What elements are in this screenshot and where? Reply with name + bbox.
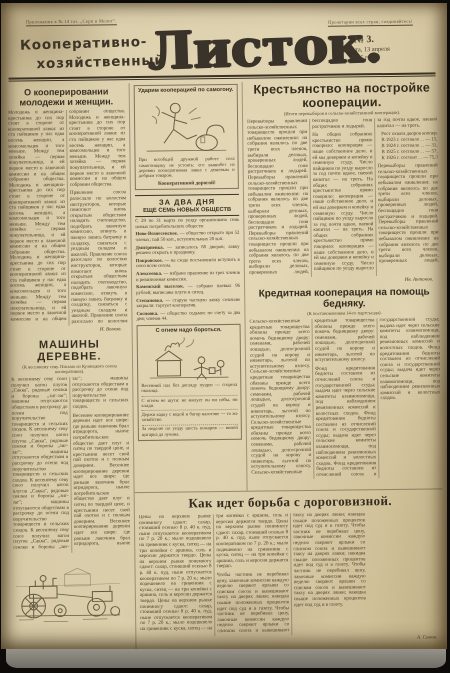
- cartoon-samogon-caption-top: Ударим кооперацией по самогону.: [138, 87, 234, 94]
- article-coop-youth-title: О кооперировании молодежи и женщин.: [8, 86, 125, 107]
- brand-line1: Кооперативно-: [20, 33, 165, 53]
- cartoon-samogon-box: Ударим кооперацией по самогону.: [134, 84, 239, 191]
- article-machines-title: МАШИНЫ ДЕРЕВНЕ.: [11, 338, 128, 363]
- news-item: Каменский выселок. — собрано паевых 96 р…: [136, 284, 240, 296]
- article-prices-signature: А. Сомов.: [140, 635, 437, 644]
- fire-line: Весенний пал без догляду пущен — сгорела…: [141, 381, 237, 394]
- article-prices-title: Как идет борьба с дороговизной.: [139, 492, 442, 512]
- article-peasantry-signature: Ив. Антонов.: [249, 277, 433, 284]
- article-coop-youth-signature: И. Волков.: [11, 327, 122, 333]
- cartoon-fire-title: С огнем надо бороться.: [141, 327, 237, 334]
- brand-subtitle: Кооперативно- хозяйственный: [20, 33, 165, 72]
- newspaper-scan: Приложение к № 14 газ. „Серп и Молот". П…: [0, 0, 450, 673]
- peasantry-stats-table: Рост охвата дворов кооперацией: В 1923 г…: [381, 132, 433, 163]
- two-days-line1: ЗА ДВА ДНЯ: [135, 197, 239, 207]
- article-peasantry-title: Крестьянство на постройке кооперации.: [247, 80, 437, 110]
- two-days-lead: С 29 по 31 марта по уезду организовано с…: [135, 218, 239, 230]
- article-peasantry-subtitle: (Итоги перевыборов в сельско-хозяйственн…: [247, 109, 437, 116]
- imprint-left: Приложение к № 14 газ. „Серп и Молот".: [26, 18, 117, 26]
- article-two-days-title: ЗА ДВА ДНЯ ЕЩЕ СЕМЬ НОВЫХ ОБЩЕСТВ: [135, 194, 239, 217]
- news-item: Сосновка. — общество седьмое по счету за…: [136, 311, 240, 323]
- cartoon-samogon-caption: При всеобщей дружной работе села самогон…: [139, 157, 235, 179]
- cartoon-fire-box: С огнем надо бороться.: [137, 324, 242, 441]
- article-prices: Как идет борьба с дороговизной. Цены на …: [135, 488, 445, 644]
- page-body: О кооперировании молодежи и женщин. Моло…: [7, 79, 445, 649]
- news-item: Покровское. — на сходе постановили вступ…: [136, 258, 240, 270]
- news-item: Алексеевка. — избрано правление из трех …: [136, 271, 240, 283]
- page-content: Приложение к № 14 газ. „Серп и Молот". П…: [1, 3, 447, 649]
- fire-cartoon-drawing: [145, 334, 234, 381]
- column-middle: Ударим кооперацией по самогону.: [130, 82, 248, 492]
- samogon-cartoon-drawing: [142, 94, 231, 157]
- brand-line2: хозяйственный: [36, 52, 165, 72]
- cartoon-samogon-slogan: Кооперативной дорогой!: [139, 180, 235, 187]
- cartoon-fire-lines: Весенний пал без догляду пущен — сгорела…: [141, 381, 238, 437]
- news-item: Степановка. — старую частную лавку сельч…: [136, 298, 240, 310]
- article-machines-body: К весеннему севу союз получил вагон плуг…: [11, 376, 130, 553]
- masthead: Приложение к № 14 газ. „Серп и Молот". П…: [6, 7, 438, 76]
- top-region: Ударим кооперацией по самогону.: [130, 79, 443, 492]
- stats-row: К 1926 г. состоит . . — 75,3%: [382, 156, 434, 163]
- newspaper-page: Приложение к № 14 газ. „Серп и Молот". П…: [1, 3, 447, 649]
- article-coop-youth-body: Молодежь и женщина-крестьянка до сих пор…: [8, 109, 128, 326]
- fire-line: За неделю по уезду шесть пожаров — виной…: [142, 424, 238, 438]
- news-item: Дмитриевка. — записалось 88 дворов; лавк…: [136, 244, 240, 256]
- article-credit-subtitle: (К постановлениям 14-го партсъезда).: [249, 309, 439, 316]
- column-right: Крестьянство на постройке кооперации. (И…: [243, 79, 443, 490]
- article-peasantry-body: Перевыборы правлений сельско-хозяйственн…: [247, 117, 439, 277]
- article-credit-body: Сельско-хозяйственные кредитные товарище…: [250, 317, 442, 479]
- fire-line: Держи кадку с водой и багор наготове — т…: [142, 409, 238, 423]
- news-item: Ново-Вознесенское. — общество открыто пр…: [135, 231, 239, 243]
- article-prices-body: Цены на верхнем рынке понемногу сдают: с…: [139, 511, 443, 637]
- issue-block: № 3. Суббота, 13 апреля 1926 года.: [309, 33, 420, 63]
- column-right-wrap: Ударим кооперацией по самогону.: [130, 79, 445, 649]
- article-credit-title: Кредитная кооперация на помощь бедняку.: [249, 286, 439, 310]
- column-left: О кооперировании молодежи и женщин. Моло…: [7, 83, 137, 649]
- tractors-engraving: [13, 555, 122, 626]
- article-machines-subtitle: (К весеннему севу. Письмо из Кузнецкого …: [11, 363, 128, 374]
- two-days-line2: ЕЩЕ СЕМЬ НОВЫХ ОБЩЕСТВ: [135, 207, 239, 214]
- fire-line: С огнем не шути: не милует он ни избы, н…: [141, 395, 237, 409]
